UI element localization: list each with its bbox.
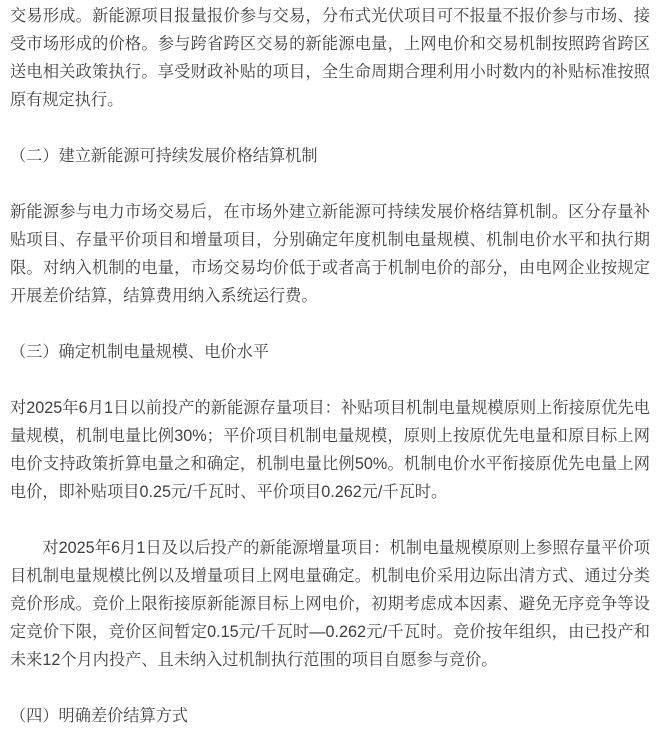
body-paragraph-new-projects: 对2025年6月1日及以后投产的新能源增量项目：机制电量规模原则上参照存量平价项… xyxy=(10,534,650,674)
body-paragraph-existing-projects: 对2025年6月1日以前投产的新能源存量项目：补贴项目机制电量规模原则上衔接原优… xyxy=(10,394,650,506)
article-body: 交易形成。新能源项目报量报价参与交易，分布式光伏项目可不报量不报价参与市场、接受… xyxy=(0,0,660,730)
body-paragraph-settlement-mechanism: 新能源参与电力市场交易后，在市场外建立新能源可持续发展价格结算机制。区分存量补贴… xyxy=(10,198,650,310)
section-heading-3: （三）确定机制电量规模、电价水平 xyxy=(10,338,650,366)
section-heading-4: （四）明确差价结算方式 xyxy=(10,702,650,730)
body-paragraph-continuation: 交易形成。新能源项目报量报价参与交易，分布式光伏项目可不报量不报价参与市场、接受… xyxy=(10,2,650,114)
section-heading-2: （二）建立新能源可持续发展价格结算机制 xyxy=(10,142,650,170)
